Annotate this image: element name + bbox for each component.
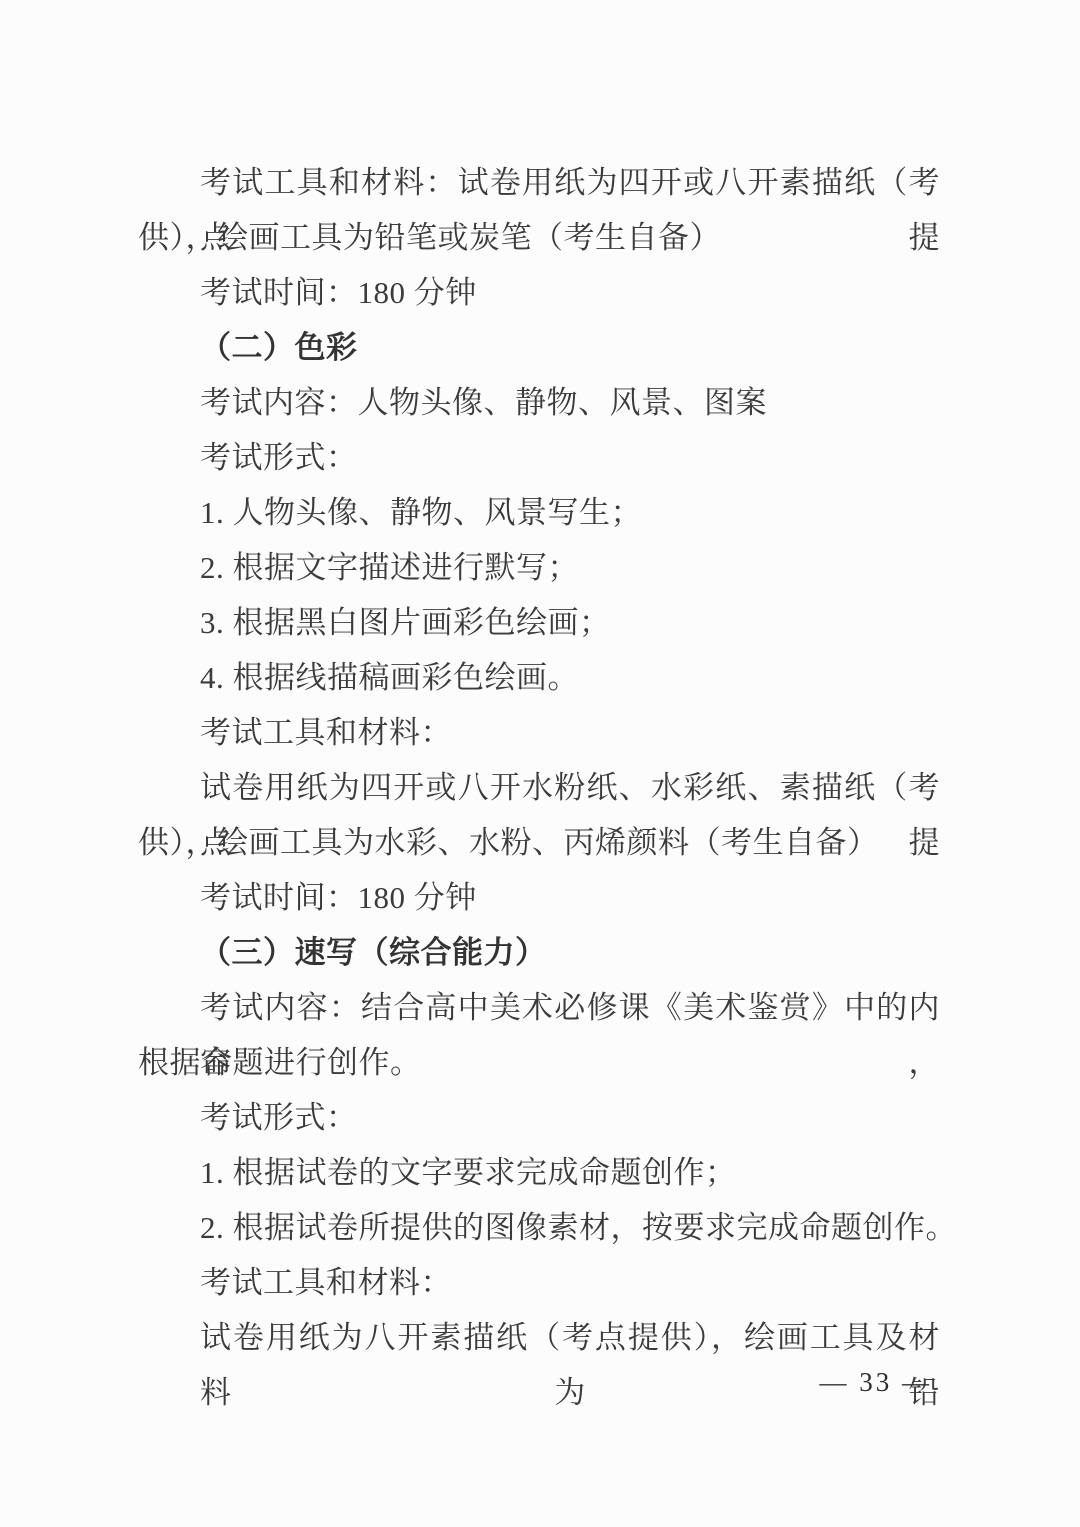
text-line: 试卷用纸为八开素描纸（考点提供），绘画工具及材料为铅	[138, 1310, 940, 1365]
text-line: 考试时间：180 分钟	[138, 265, 940, 320]
document-body: 考试工具和材料：试卷用纸为四开或八开素描纸（考点提 供），绘画工具为铅笔或炭笔（…	[138, 155, 940, 1365]
section-heading-suxie: （三）速写（综合能力）	[138, 925, 940, 980]
list-item: 3. 根据黑白图片画彩色绘画；	[138, 595, 940, 650]
text-line: 考试工具和材料：试卷用纸为四开或八开素描纸（考点提	[138, 155, 940, 210]
list-item: 2. 根据试卷所提供的图像素材，按要求完成命题创作。	[138, 1200, 940, 1255]
text-line: 供），绘画工具为水彩、水粉、丙烯颜料（考生自备）	[138, 815, 940, 870]
text-line: 考试形式：	[138, 1090, 940, 1145]
list-item: 1. 人物头像、静物、风景写生；	[138, 485, 940, 540]
text-line: 考试形式：	[138, 430, 940, 485]
text-line: 考试内容：结合高中美术必修课《美术鉴赏》中的内容，	[138, 980, 940, 1035]
document-page: 考试工具和材料：试卷用纸为四开或八开素描纸（考点提 供），绘画工具为铅笔或炭笔（…	[0, 0, 1080, 1527]
text-line: 考试时间：180 分钟	[138, 870, 940, 925]
text-line: 试卷用纸为四开或八开水粉纸、水彩纸、素描纸（考点提	[138, 760, 940, 815]
list-item: 4. 根据线描稿画彩色绘画。	[138, 650, 940, 705]
page-number: — 33 —	[820, 1362, 933, 1402]
section-heading-secai: （二）色彩	[138, 320, 940, 375]
text-line: 考试工具和材料：	[138, 1255, 940, 1310]
text-line: 考试内容：人物头像、静物、风景、图案	[138, 375, 940, 430]
list-item: 2. 根据文字描述进行默写；	[138, 540, 940, 595]
text-line: 考试工具和材料：	[138, 705, 940, 760]
list-item: 1. 根据试卷的文字要求完成命题创作；	[138, 1145, 940, 1200]
